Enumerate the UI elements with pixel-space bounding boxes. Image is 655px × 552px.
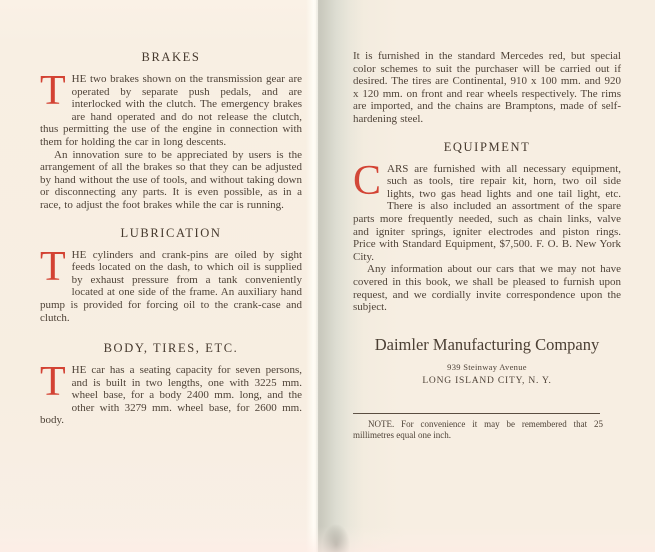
company-address-city: LONG ISLAND CITY, N. Y.: [353, 376, 621, 386]
right-page: It is furnished in the standard Mercedes…: [316, 0, 655, 552]
drop-cap-letter: C: [353, 165, 381, 201]
drop-cap-letter: T: [40, 366, 66, 402]
company-name: Daimler Manufacturing Company: [353, 335, 621, 355]
intro-paragraph: It is furnished in the standard Mercedes…: [353, 50, 621, 126]
brakes-paragraph-1: THE two brakes shown on the transmission…: [40, 73, 302, 149]
lubrication-paragraph: THE cylinders and crank-pins are oiled b…: [40, 249, 302, 325]
footnote-rule: [353, 413, 600, 414]
paragraph-text: HE car has a seating capacity for seven …: [40, 364, 302, 426]
paragraph-text: HE two brakes shown on the transmission …: [40, 73, 302, 148]
footnote-block: NOTE. For convenience it may be remember…: [353, 413, 621, 441]
equipment-paragraph-2: Any information about our cars that we m…: [353, 263, 621, 313]
body-tires-paragraph: THE car has a seating capacity for seven…: [40, 364, 302, 427]
left-text-column: BRAKES THE two brakes shown on the trans…: [0, 0, 316, 427]
brakes-paragraph-2: An innovation sure to be appreciated by …: [40, 149, 302, 212]
footnote-text: NOTE. For convenience it may be remember…: [353, 419, 603, 441]
company-block: Daimler Manufacturing Company 939 Steinw…: [353, 335, 621, 386]
book-spread: BRAKES THE two brakes shown on the trans…: [0, 0, 655, 552]
section-heading-lubrication: LUBRICATION: [40, 226, 302, 241]
paragraph-text: HE cylinders and crank-pins are oiled by…: [40, 249, 302, 324]
left-page: BRAKES THE two brakes shown on the trans…: [0, 0, 316, 552]
company-address-street: 939 Steinway Avenue: [353, 362, 621, 372]
section-heading-body-tires: BODY, TIRES, ETC.: [40, 341, 302, 356]
drop-cap-letter: T: [40, 75, 66, 111]
right-text-column: It is furnished in the standard Mercedes…: [316, 0, 655, 441]
equipment-paragraph-1: CARS are furnished with all necessary eq…: [353, 163, 621, 264]
drop-cap-letter: T: [40, 251, 66, 287]
section-heading-brakes: BRAKES: [40, 50, 302, 65]
paragraph-text: ARS are furnished with all necessary equ…: [353, 163, 621, 263]
section-heading-equipment: EQUIPMENT: [353, 140, 621, 155]
